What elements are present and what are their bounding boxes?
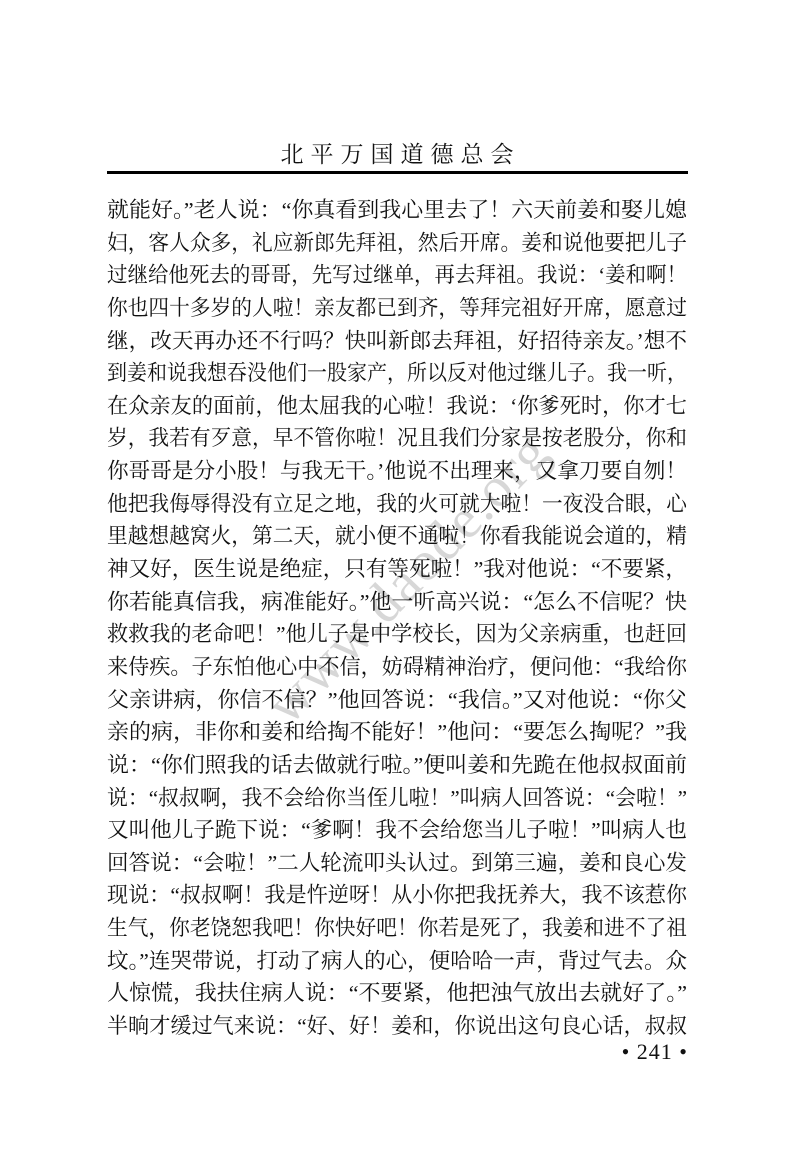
text-line-content: 来侍疾。子东怕他心中不信，妨碍精神治疗，便问他：“我给你 — [107, 651, 687, 684]
text-line: 现说：“叔叔啊！我是忤逆呀！从小你把我抚养大，我不该惹你 — [107, 879, 688, 912]
text-line-content: 现说：“叔叔啊！我是忤逆呀！从小你把我抚养大，我不该惹你 — [107, 879, 687, 912]
text-line: 救救我的老命吧！”他儿子是中学校长，因为父亲病重，也赶回 — [107, 618, 688, 651]
text-line: 就能好。”老人说：“你真看到我心里去了！六天前姜和娶儿媳 — [107, 194, 688, 227]
page-number: • 241 • — [107, 1039, 688, 1065]
text-line-content: 他把我侮辱得没有立足之地，我的火可就大啦！一夜没合眼，心 — [107, 488, 687, 521]
text-line-content: 半晌才缓过气来说：“好、好！姜和，你说出这句良心话，叔叔 — [107, 1010, 687, 1043]
text-line: 神又好，医生说是绝症，只有等死啦！”我对他说：“不要紧， — [107, 553, 688, 586]
text-line-content: 继，改天再办还不行吗？快叫新郎去拜祖，好招待亲友。’想不 — [107, 325, 687, 358]
text-line-content: 到姜和说我想吞没他们一股家产，所以反对他过继儿子。我一听， — [107, 357, 687, 390]
text-line-content: 你也四十多岁的人啦！亲友都已到齐，等拜完祖好开席，愿意过 — [107, 292, 687, 325]
text-line: 父亲讲病，你信不信？”他回答说：“我信。”又对他说：“你父 — [107, 684, 688, 717]
text-line: 你若能真信我，病准能好。”他一听高兴说：“怎么不信呢？快 — [107, 586, 688, 619]
text-line-content: 回答说：“会啦！”二人轮流叩头认过。到第三遍，姜和良心发 — [107, 847, 687, 880]
text-line: 回答说：“会啦！”二人轮流叩头认过。到第三遍，姜和良心发 — [107, 847, 688, 880]
document-page: www.daode.org 北平万国道德总会 就能好。”老人说：“你真看到我心里… — [0, 0, 794, 1149]
text-line-content: 你哥哥是分小股！与我无干。’他说不出理来，又拿刀要自刎！ — [107, 455, 687, 488]
text-line-content: 岁，我若有歹意，早不管你啦！况且我们分家是按老股分，你和 — [107, 422, 687, 455]
text-line: 在众亲友的面前，他太屈我的心啦！我说：‘你爹死时，你才七 — [107, 390, 688, 423]
text-line: 亲的病，非你和姜和给掏不能好！”他问：“要怎么掏呢？”我 — [107, 716, 688, 749]
text-line: 岁，我若有歹意，早不管你啦！况且我们分家是按老股分，你和 — [107, 422, 688, 455]
text-line: 来侍疾。子东怕他心中不信，妨碍精神治疗，便问他：“我给你 — [107, 651, 688, 684]
text-line: 到姜和说我想吞没他们一股家产，所以反对他过继儿子。我一听， — [107, 357, 688, 390]
text-line: 坟。”连哭带说，打动了病人的心，便哈哈一声，背过气去。众 — [107, 945, 688, 978]
text-line: 说：“叔叔啊，我不会给你当侄儿啦！”叫病人回答说：“会啦！” — [107, 782, 688, 815]
text-line: 生气，你老饶恕我吧！你快好吧！你若是死了，我姜和进不了祖 — [107, 912, 688, 945]
text-line: 里越想越窝火，第二天，就小便不通啦！你看我能说会道的，精 — [107, 520, 688, 553]
text-line-content: 说：“叔叔啊，我不会给你当侄儿啦！”叫病人回答说：“会啦！” — [107, 782, 687, 815]
text-line-content: 救救我的老命吧！”他儿子是中学校长，因为父亲病重，也赶回 — [107, 618, 687, 651]
header-rule — [107, 171, 688, 174]
text-line-content: 又叫他儿子跪下说：“爹啊！我不会给您当儿子啦！”叫病人也 — [107, 814, 687, 847]
text-line: 他把我侮辱得没有立足之地，我的火可就大啦！一夜没合眼，心 — [107, 488, 688, 521]
page-header-title: 北平万国道德总会 — [0, 136, 794, 169]
text-line-content: 生气，你老饶恕我吧！你快好吧！你若是死了，我姜和进不了祖 — [107, 912, 687, 945]
text-line-content: 坟。”连哭带说，打动了病人的心，便哈哈一声，背过气去。众 — [107, 945, 687, 978]
text-line-content: 说：“你们照我的话去做就行啦。”便叫姜和先跪在他叔叔面前 — [107, 749, 687, 782]
text-line: 过继给他死去的哥哥，先写过继单，再去拜祖。我说：‘姜和啊！ — [107, 259, 688, 292]
text-line-content: 妇，客人众多，礼应新郎先拜祖，然后开席。姜和说他要把儿子 — [107, 227, 687, 260]
text-line-content: 你若能真信我，病准能好。”他一听高兴说：“怎么不信呢？快 — [107, 586, 687, 619]
text-line: 人惊慌，我扶住病人说：“不要紧，他把浊气放出去就好了。” — [107, 977, 688, 1010]
text-line-content: 亲的病，非你和姜和给掏不能好！”他问：“要怎么掏呢？”我 — [107, 716, 687, 749]
body-text-block: 就能好。”老人说：“你真看到我心里去了！六天前姜和娶儿媳 妇，客人众多，礼应新郎… — [107, 194, 688, 1043]
text-line: 你也四十多岁的人啦！亲友都已到齐，等拜完祖好开席，愿意过 — [107, 292, 688, 325]
text-line-content: 人惊慌，我扶住病人说：“不要紧，他把浊气放出去就好了。” — [107, 977, 687, 1010]
text-line: 妇，客人众多，礼应新郎先拜祖，然后开席。姜和说他要把儿子 — [107, 227, 688, 260]
text-line-content: 里越想越窝火，第二天，就小便不通啦！你看我能说会道的，精 — [107, 520, 687, 553]
text-line-content: 神又好，医生说是绝症，只有等死啦！”我对他说：“不要紧， — [107, 553, 687, 586]
text-line-content: 就能好。”老人说：“你真看到我心里去了！六天前姜和娶儿媳 — [107, 194, 687, 227]
text-line-content: 过继给他死去的哥哥，先写过继单，再去拜祖。我说：‘姜和啊！ — [107, 259, 687, 292]
text-line: 你哥哥是分小股！与我无干。’他说不出理来，又拿刀要自刎！ — [107, 455, 688, 488]
text-line: 说：“你们照我的话去做就行啦。”便叫姜和先跪在他叔叔面前 — [107, 749, 688, 782]
text-line: 继，改天再办还不行吗？快叫新郎去拜祖，好招待亲友。’想不 — [107, 325, 688, 358]
text-line-content: 在众亲友的面前，他太屈我的心啦！我说：‘你爹死时，你才七 — [107, 390, 687, 423]
text-line: 半晌才缓过气来说：“好、好！姜和，你说出这句良心话，叔叔 — [107, 1010, 688, 1043]
text-line-content: 父亲讲病，你信不信？”他回答说：“我信。”又对他说：“你父 — [107, 684, 687, 717]
text-line: 又叫他儿子跪下说：“爹啊！我不会给您当儿子啦！”叫病人也 — [107, 814, 688, 847]
